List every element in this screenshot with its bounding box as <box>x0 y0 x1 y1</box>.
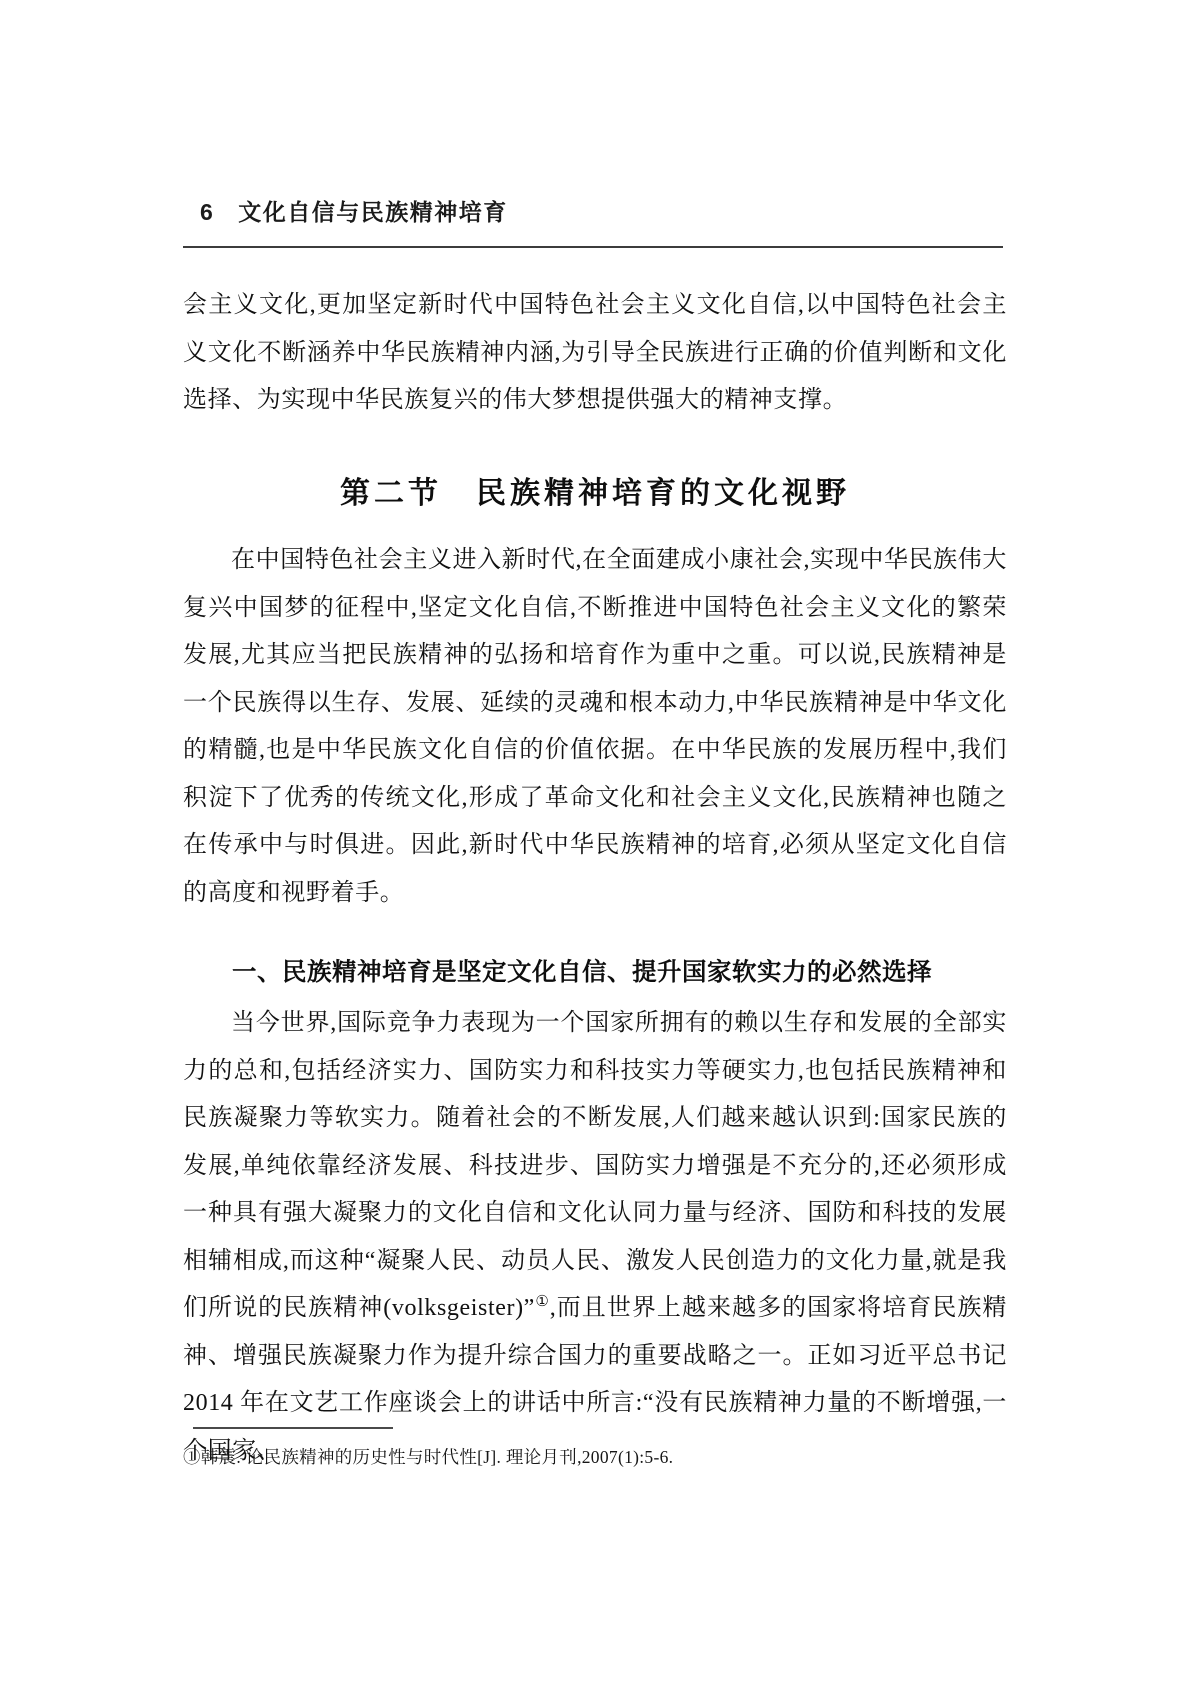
footnote: ①韩震. 论民族精神的历史性与时代性[J]. 理论月刊,2007(1):5-6. <box>183 1444 1007 1470</box>
book-title: 文化自信与民族精神培育 <box>238 194 508 227</box>
running-header: 6 文化自信与民族精神培育 <box>200 194 1007 227</box>
footnote-ref-marker: ① <box>535 1294 550 1310</box>
section-paragraph: 在中国特色社会主义进入新时代,在全面建成小康社会,实现中华民族伟大复兴中国梦的征… <box>183 537 1007 917</box>
intro-paragraph: 会主义文化,更加坚定新时代中国特色社会主义文化自信,以中国特色社会主义文化不断涵… <box>183 282 1007 425</box>
footnote-rule <box>193 1427 393 1429</box>
subsection-heading: 一、民族精神培育是坚定文化自信、提升国家软实力的必然选择 <box>183 953 1007 993</box>
page-number: 6 <box>200 199 214 226</box>
book-page: 6 文化自信与民族精神培育 会主义文化,更加坚定新时代中国特色社会主义文化自信,… <box>0 0 1190 1684</box>
header-rule <box>183 246 1003 248</box>
paragraph-text-before-ref: 当今世界,国际竞争力表现为一个国家所拥有的赖以生存和发展的全部实力的总和,包括经… <box>183 1010 1007 1321</box>
section-heading: 第二节 民族精神培育的文化视野 <box>183 473 1007 515</box>
subsection-paragraph: 当今世界,国际竞争力表现为一个国家所拥有的赖以生存和发展的全部实力的总和,包括经… <box>183 1000 1007 1475</box>
